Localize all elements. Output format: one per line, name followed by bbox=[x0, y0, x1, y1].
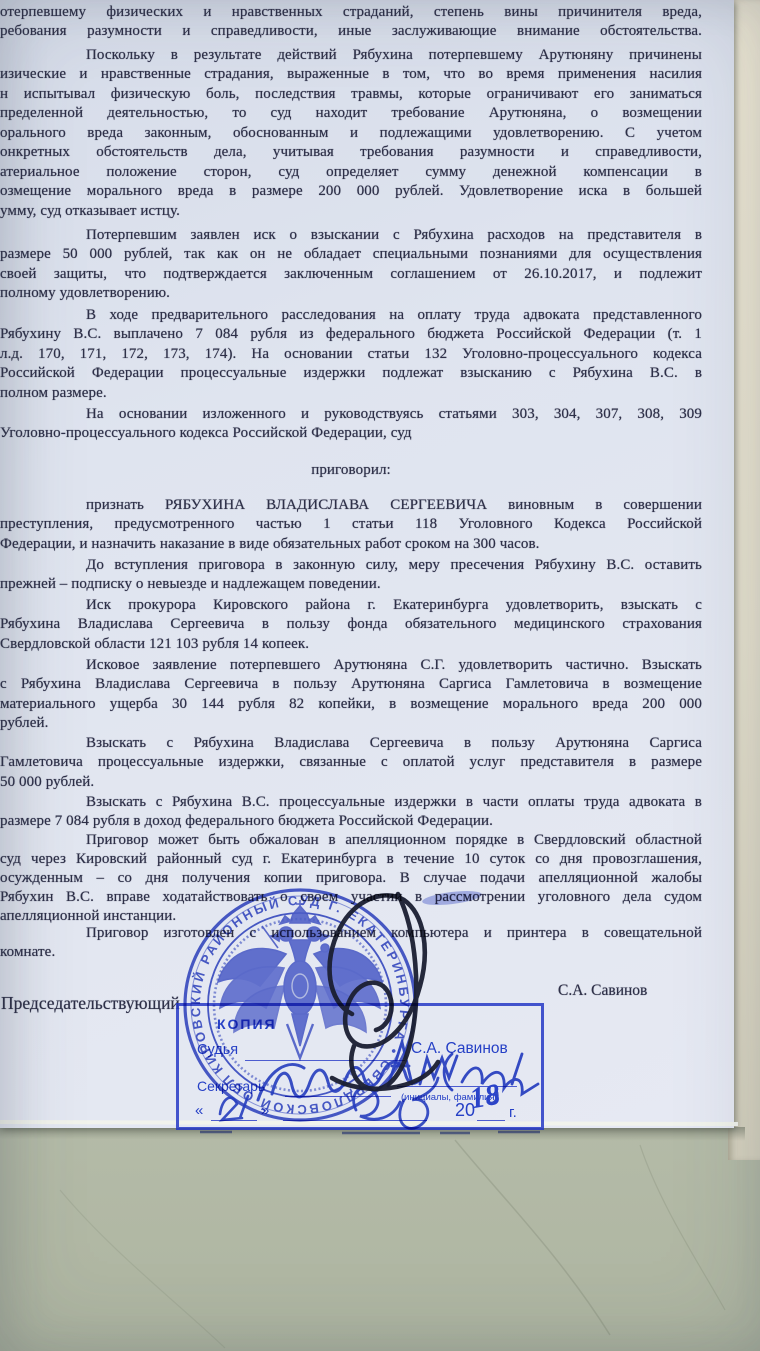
document-line: Российской Федерации процессуальные изде… bbox=[0, 363, 702, 383]
document-line: своей защиты, что подтверждается заключе… bbox=[0, 264, 702, 284]
document-line: Гамлетовича процессуальные издержки, свя… bbox=[0, 752, 702, 772]
verdict-heading: приговорил: bbox=[0, 460, 702, 480]
document-line: отерпевшему физических и нравственных ст… bbox=[0, 2, 702, 22]
document-line: Потерпевшим заявлен иск о взыскании с Ря… bbox=[0, 225, 702, 245]
document-line: полному удовлетворению. bbox=[0, 283, 702, 303]
document-line: 50 000 рублей. bbox=[0, 772, 702, 792]
document-line: Федерации, и назначить наказание в виде … bbox=[0, 534, 702, 554]
document-line: преступления, предусмотренного частью 1 … bbox=[0, 514, 702, 534]
stamp-smudge bbox=[421, 888, 482, 907]
document-line: Взыскать с Рябухина Владислава Сергеевич… bbox=[0, 733, 702, 753]
document-line: озмещение морального вреда в размере 200… bbox=[0, 181, 702, 201]
document-line: л.д. 170, 171, 172, 173, 174). На основа… bbox=[0, 344, 702, 364]
document-line: рублей. bbox=[0, 713, 702, 733]
document-line: Взыскать с Рябухина В.С. процессуальные … bbox=[0, 792, 702, 812]
document-line: Свердловской области 121 103 рубля 14 ко… bbox=[0, 634, 702, 654]
stamp-ink-dashes bbox=[200, 1132, 540, 1133]
document-line: с Рябухина Владислава Сергеевича в польз… bbox=[0, 674, 702, 694]
document-line: Рябухину В.С. выплачено 7 084 рубля из ф… bbox=[0, 324, 702, 344]
document-line: н испытывал физическую боль, последствия… bbox=[0, 84, 702, 104]
document-line: На основании изложенного и руководствуяс… bbox=[0, 404, 702, 424]
document-line: ребования разумности и справедливости, и… bbox=[0, 21, 702, 41]
photo-of-court-verdict: отерпевшему физических и нравственных ст… bbox=[0, 0, 760, 1351]
document-line: полном размере. bbox=[0, 383, 702, 403]
initials-signature bbox=[388, 1042, 538, 1103]
document-line: пределенной деятельностью, то суд находи… bbox=[0, 103, 702, 123]
document-line: размере 50 000 рублей, так как он не обл… bbox=[0, 244, 702, 264]
document-line: размере 7 084 рубля в доход федерального… bbox=[0, 811, 702, 831]
document-line: До вступления приговора в законную силу,… bbox=[0, 555, 702, 575]
court-round-stamp: КИРОВСКИЙ РАЙОННЫЙ СУД Г. ЕКАТЕРИНБУРГА … bbox=[140, 855, 680, 1155]
document-line: Уголовно-процессуального кодекса Российс… bbox=[0, 423, 702, 443]
document-line: атериальное положение сторон, суд опреде… bbox=[0, 162, 702, 182]
document-line: Рябухина Владислава Сергеевича в пользу … bbox=[0, 614, 702, 634]
handwritten-year: 18 bbox=[467, 1078, 502, 1117]
document-line: Приговор может быть обжалован в апелляци… bbox=[0, 830, 702, 850]
document-line: Иск прокурора Кировского района г. Екате… bbox=[0, 595, 702, 615]
document-line: прежней – подписку о невыезде и надлежащ… bbox=[0, 574, 702, 594]
document-line: изические и нравственные страдания, выра… bbox=[0, 64, 702, 84]
document-line: орального вреда законным, обоснованным и… bbox=[0, 123, 702, 143]
document-line: умму, суд отказывает истцу. bbox=[0, 201, 702, 221]
document-line: В ходе предварительного расследования на… bbox=[0, 305, 702, 325]
document-line: признать РЯБУХИНА ВЛАДИСЛАВА СЕРГЕЕВИЧА … bbox=[0, 495, 702, 515]
document-line: Исковое заявление потерпевшего Арутюняна… bbox=[0, 655, 702, 675]
document-line: материального ущерба 30 144 рубля 82 коп… bbox=[0, 694, 702, 714]
document-line: Поскольку в результате действий Рябухина… bbox=[0, 45, 702, 65]
document-line: онкретных обстоятельств дела, учитывая т… bbox=[0, 142, 702, 162]
document-page: отерпевшему физических и нравственных ст… bbox=[0, 0, 734, 1128]
